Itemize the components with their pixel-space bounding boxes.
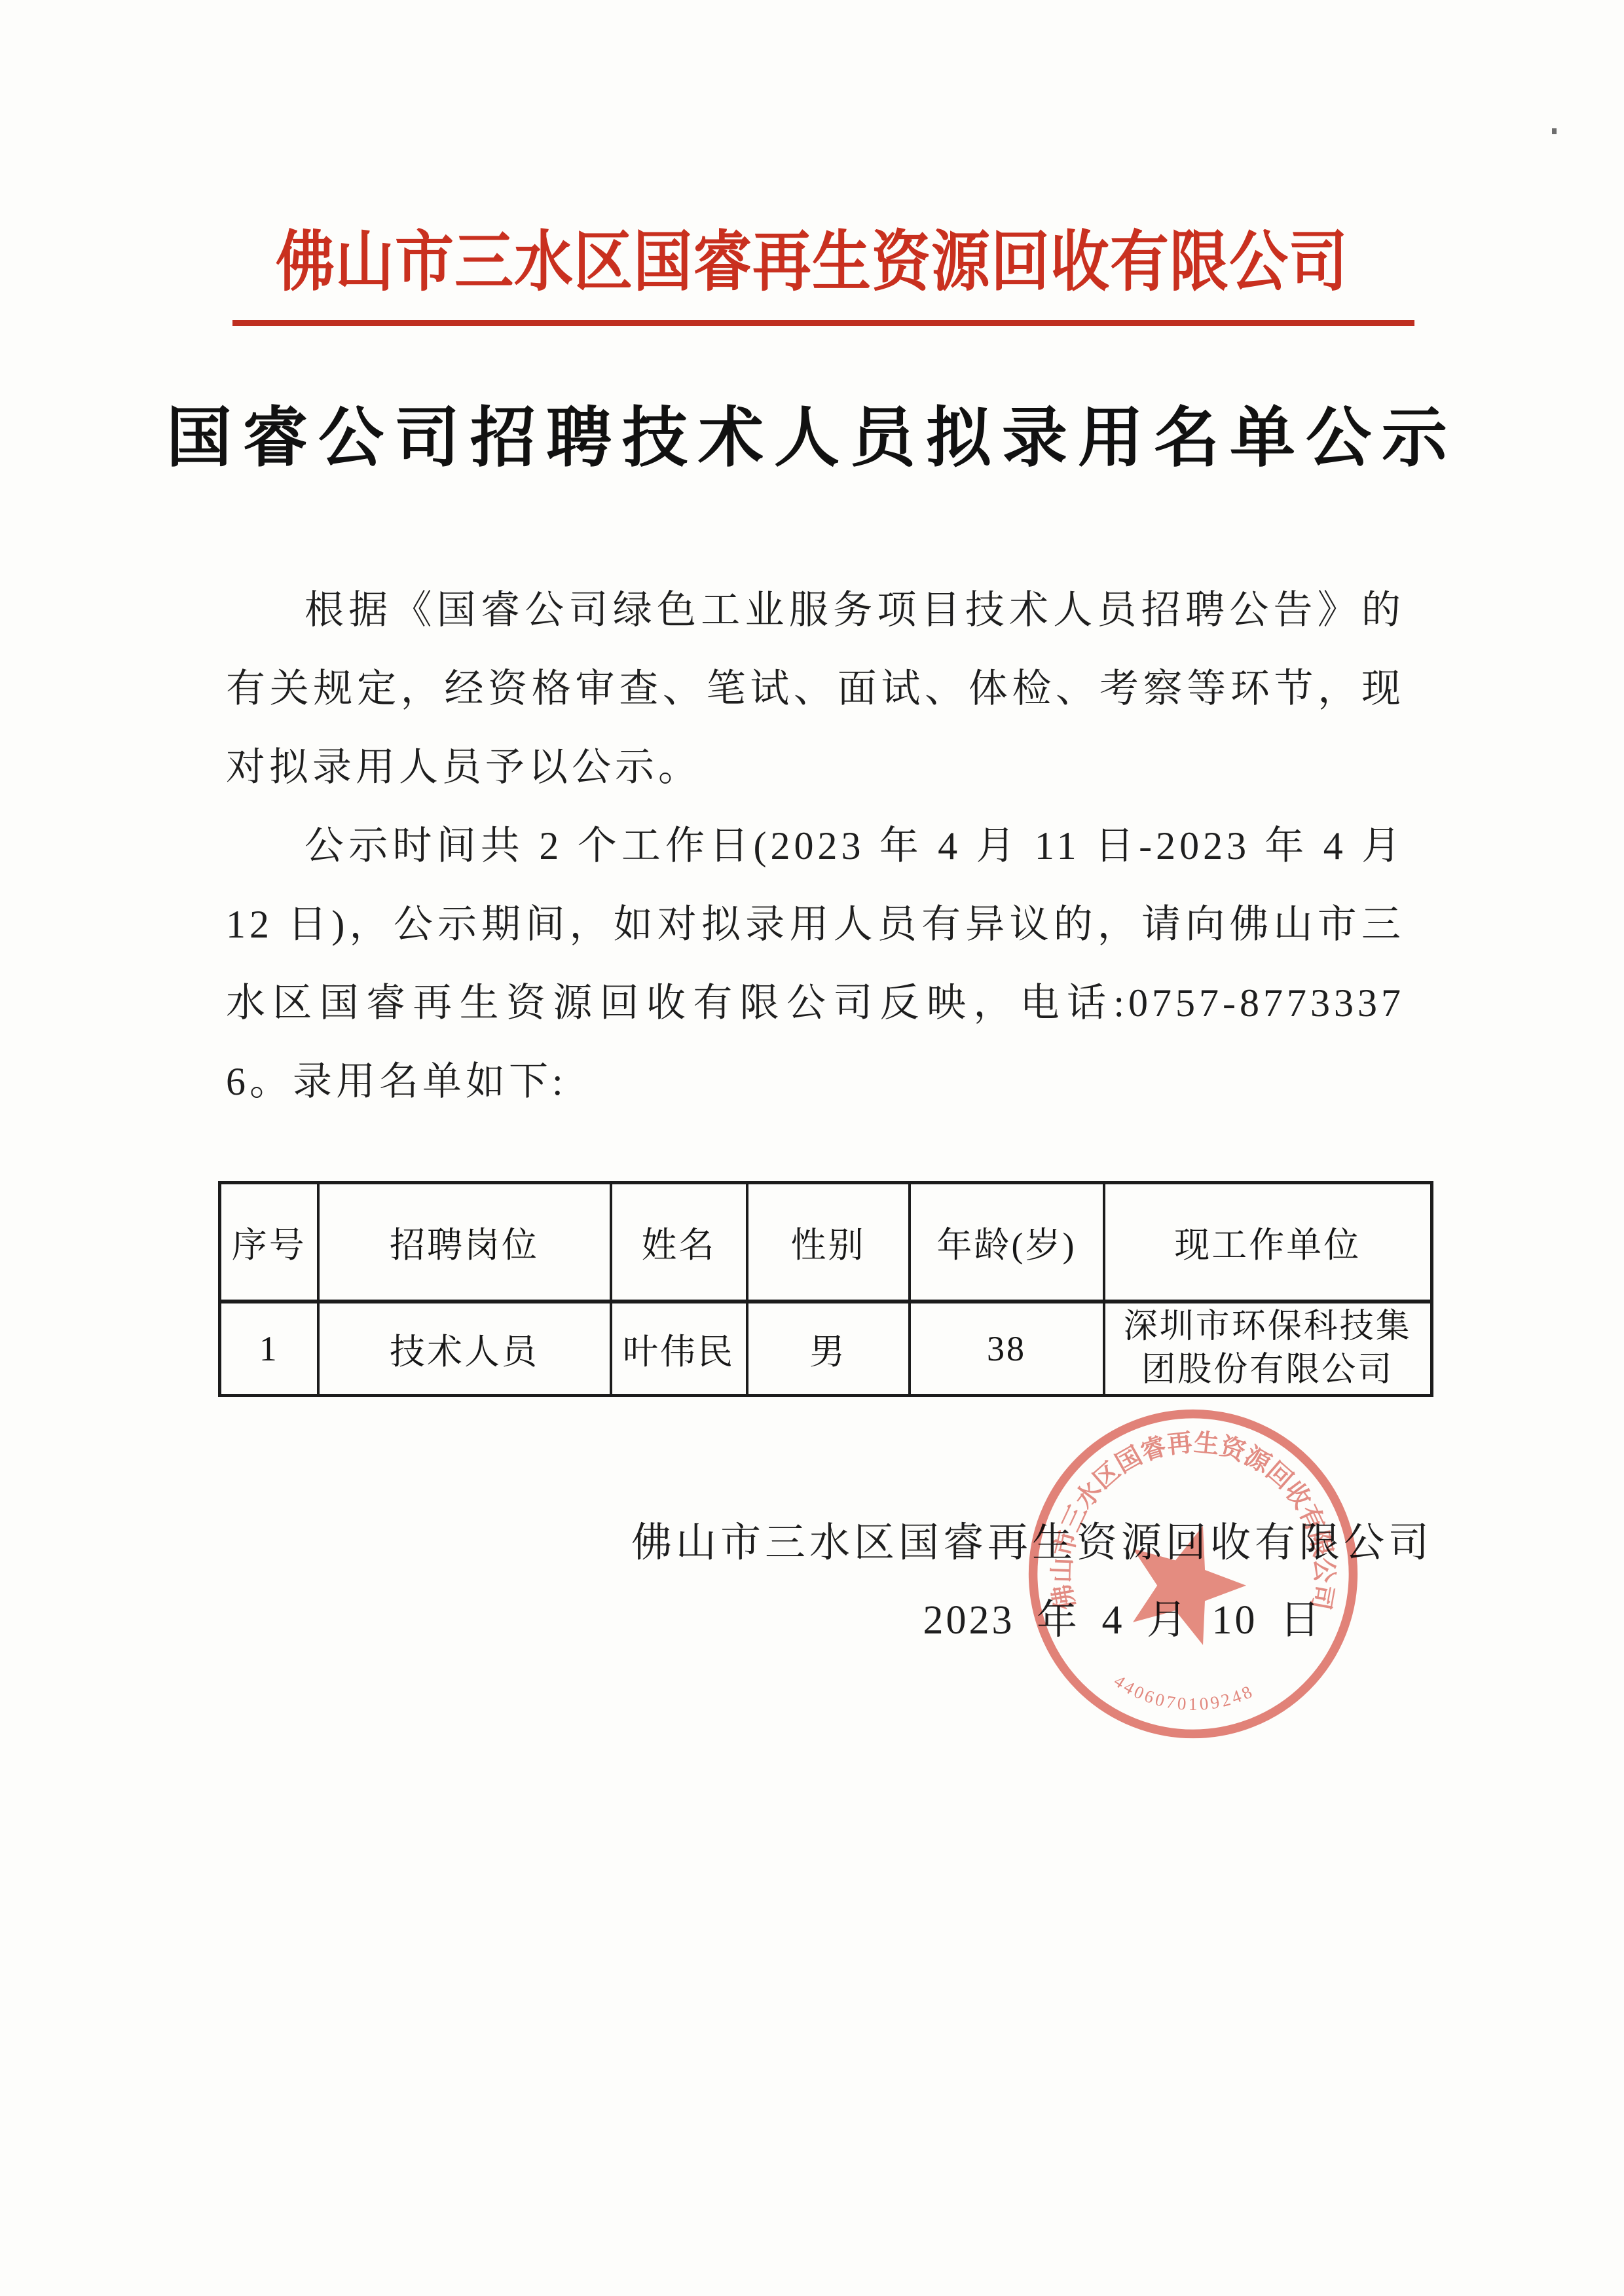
table-header-row: 序号 招聘岗位 姓名 性别 年龄(岁) 现工作单位 (220, 1183, 1432, 1302)
cell-position: 技术人员 (318, 1302, 611, 1396)
document-body: 根据《国睿公司绿色工业服务项目技术人员招聘公告》的有关规定，经资格审查、笔试、面… (226, 571, 1405, 1121)
cell-employer: 深圳市环保科技集团股份有限公司 (1104, 1302, 1432, 1396)
candidates-table: 序号 招聘岗位 姓名 性别 年龄(岁) 现工作单位 1 技术人员 叶伟民 男 3… (218, 1181, 1433, 1397)
letterhead-divider-rule (232, 320, 1414, 326)
scan-artifact-dot (1552, 128, 1557, 134)
seal-code-text: 4406070109248 (1111, 1671, 1257, 1714)
paragraph-publicity-period: 公示时间共 2 个工作日(2023 年 4 月 11 日-2023 年 4 月 … (226, 807, 1405, 1121)
document-page: 佛山市三水区国睿再生资源回收有限公司 国睿公司招聘技术人员拟录用名单公示 根据《… (0, 0, 1624, 2296)
col-header-name: 姓名 (611, 1183, 747, 1302)
col-header-age: 年龄(岁) (910, 1183, 1104, 1302)
col-header-position: 招聘岗位 (318, 1183, 611, 1302)
col-header-employer: 现工作单位 (1104, 1183, 1432, 1302)
cell-name: 叶伟民 (611, 1302, 747, 1396)
cell-gender: 男 (747, 1302, 910, 1396)
col-header-gender: 性别 (747, 1183, 910, 1302)
company-seal-stamp: 佛山市三水区国睿再生资源回收有限公司 4406070109248 (1023, 1404, 1363, 1744)
table-row: 1 技术人员 叶伟民 男 38 深圳市环保科技集团股份有限公司 (220, 1302, 1432, 1396)
paragraph-basis: 根据《国睿公司绿色工业服务项目技术人员招聘公告》的有关规定，经资格审查、笔试、面… (226, 571, 1405, 807)
document-title: 国睿公司招聘技术人员拟录用名单公示 (0, 385, 1624, 479)
col-header-index: 序号 (220, 1183, 318, 1302)
cell-age: 38 (910, 1302, 1104, 1396)
company-letterhead-title: 佛山市三水区国睿再生资源回收有限公司 (0, 208, 1624, 304)
seal-star-icon (1111, 1508, 1260, 1652)
cell-index: 1 (220, 1302, 318, 1396)
